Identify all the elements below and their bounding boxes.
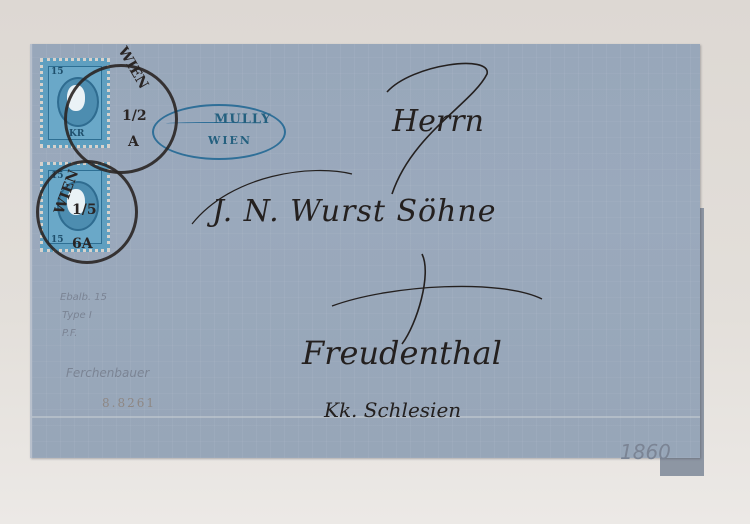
pencil-note: Type I (62, 310, 92, 321)
pencil-signature: Ferchenbauer (66, 366, 149, 380)
pencil-year: 1860 (620, 440, 671, 464)
address-region: Kk. Schlesien (324, 398, 461, 422)
pencil-note: Ebalb. 15 (60, 292, 107, 303)
address-recipient: J. N. Wurst Söhne (212, 194, 496, 229)
pencil-note: P.F. (62, 328, 77, 339)
address-city: Freudenthal (302, 334, 502, 372)
faint-number-mark: 8.8261 (102, 396, 156, 410)
postal-cover: 15 KR 15 15 MULLY WIEN WIEN 1/2 A WIEN 1… (30, 44, 700, 458)
address-salutation: Herrn (392, 104, 484, 139)
